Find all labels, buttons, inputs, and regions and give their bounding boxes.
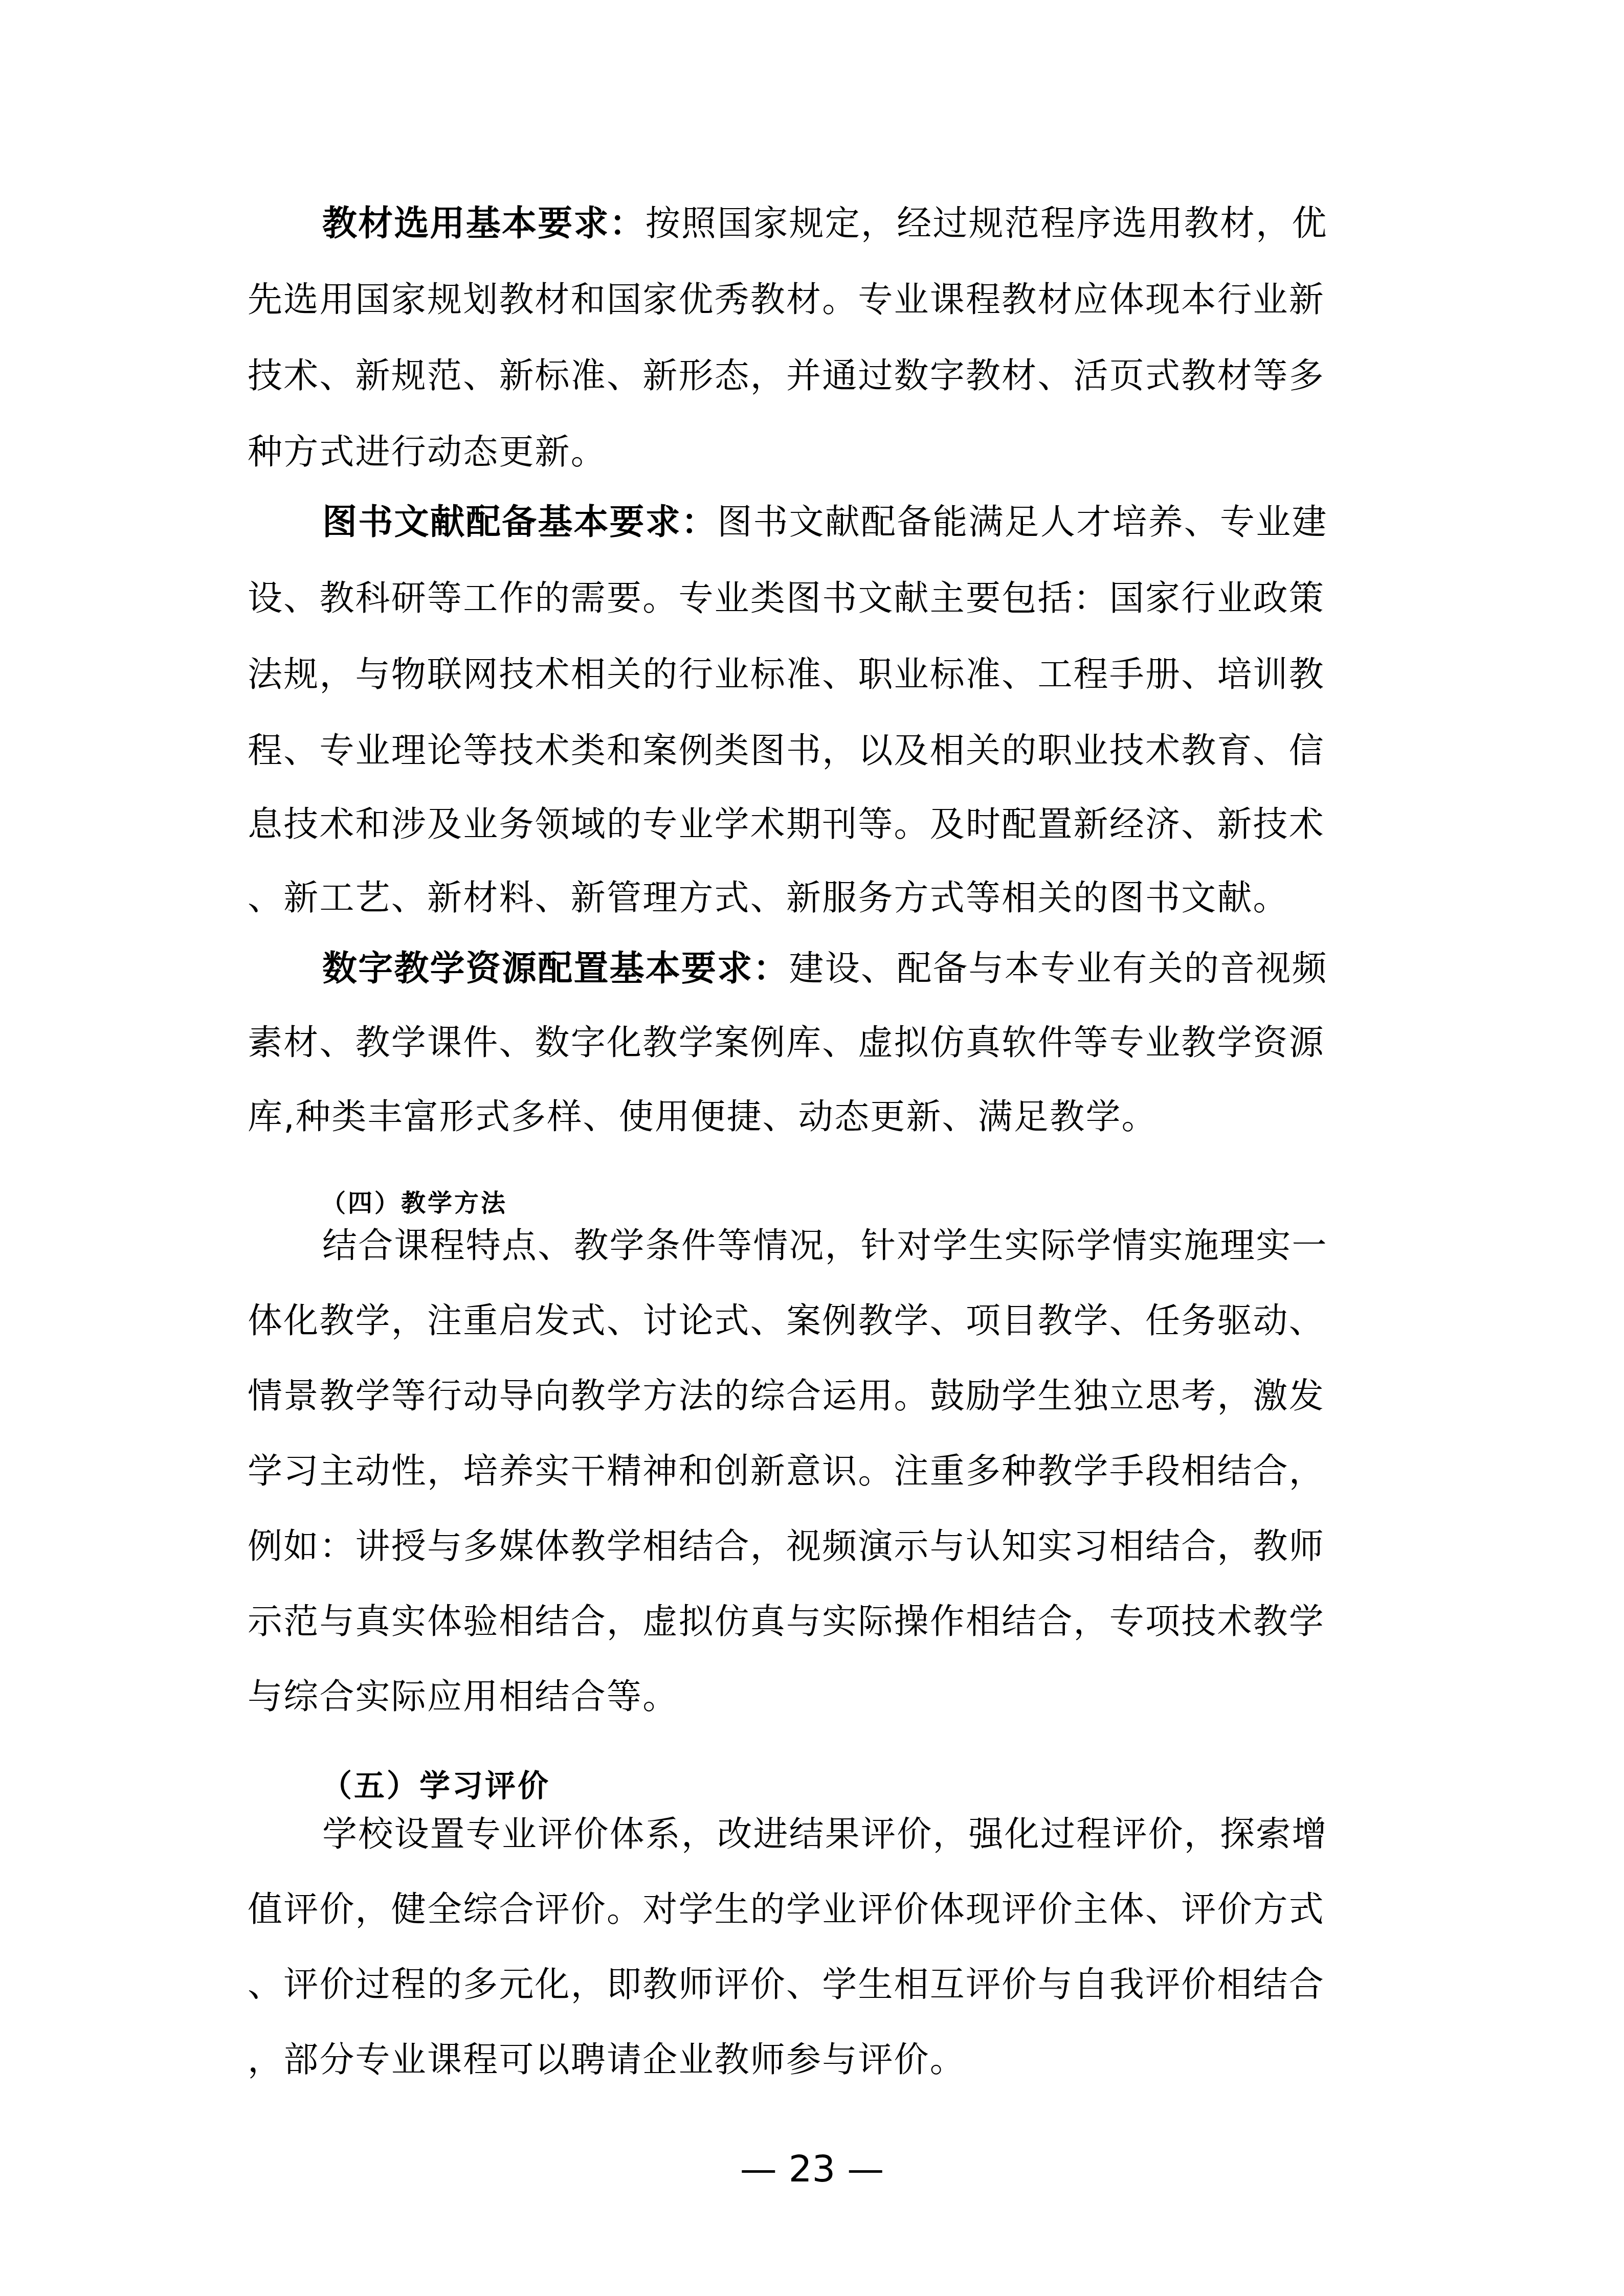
paragraph-methods-line-4: 学习主动性，培养实干精神和创新意识。注重多种教学手段相结合， bbox=[248, 1451, 1388, 1492]
paragraph-digital-lead: 数字教学资源配置基本要求： bbox=[322, 949, 789, 989]
paragraph-digital-line-3: 库,种类丰富形式多样、使用便捷、动态更新、满足教学。 bbox=[248, 1097, 1388, 1138]
paragraph-library-lead: 图书文献配备基本要求： bbox=[322, 502, 717, 543]
paragraph-methods-line-3: 情景教学等行动导向教学方法的综合运用。鼓励学生独立思考，激发 bbox=[248, 1376, 1388, 1417]
paragraph-methods-line-2: 体化教学，注重启发式、讨论式、案例教学、项目教学、任务驱动、 bbox=[248, 1301, 1388, 1342]
paragraph-digital-line-2: 素材、教学课件、数字化教学案例库、虚拟仿真软件等专业教学资源 bbox=[248, 1023, 1388, 1064]
paragraph-evaluation-line-4: ，部分专业课程可以聘请企业教师参与评价。 bbox=[248, 2040, 1388, 2081]
paragraph-library-line-3: 法规，与物联网技术相关的行业标准、职业标准、工程手册、培训教 bbox=[248, 655, 1388, 695]
paragraph-evaluation-line-3: 、评价过程的多元化，即教师评价、学生相互评价与自我评价相结合 bbox=[248, 1965, 1388, 2006]
paragraph-library-line-4: 程、专业理论等技术类和案例类图书，以及相关的职业技术教育、信 bbox=[248, 731, 1388, 772]
paragraph-textbook-line-4: 种方式进行动态更新。 bbox=[248, 432, 1388, 473]
paragraph-library-line-5: 息技术和涉及业务领域的专业学术期刊等。及时配置新经济、新技术 bbox=[248, 804, 1388, 845]
paragraph-evaluation-line-1: 学校设置专业评价体系，改进结果评价，强化过程评价，探索增 bbox=[322, 1814, 1388, 1855]
paragraph-digital-line-1: 数字教学资源配置基本要求：建设、配备与本专业有关的音视频 bbox=[322, 949, 1388, 989]
paragraph-methods-line-1: 结合课程特点、教学条件等情况，针对学生实际学情实施理实一 bbox=[322, 1226, 1388, 1267]
document-page: 教材选用基本要求：按照国家规定，经过规范程序选用教材，优 先选用国家规划教材和国… bbox=[0, 0, 1624, 2296]
paragraph-textbook-line-1: 教材选用基本要求：按照国家规定，经过规范程序选用教材，优 bbox=[322, 204, 1388, 244]
paragraph-evaluation-line-2: 值评价，健全综合评价。对学生的学业评价体现评价主体、评价方式 bbox=[248, 1889, 1388, 1930]
paragraph-library-line-6: 、新工艺、新材料、新管理方式、新服务方式等相关的图书文献。 bbox=[248, 878, 1388, 919]
paragraph-library-line-1: 图书文献配备基本要求：图书文献配备能满足人才培养、专业建 bbox=[322, 502, 1388, 543]
page-number: — 23 — bbox=[0, 2146, 1624, 2192]
section-heading-teaching-methods: （四）教学方法 bbox=[321, 1185, 507, 1221]
paragraph-methods-line-6: 示范与真实体验相结合，虚拟仿真与实际操作相结合，专项技术教学 bbox=[248, 1602, 1388, 1642]
paragraph-textbook-line-3: 技术、新规范、新标准、新形态，并通过数字教材、活页式教材等多 bbox=[248, 356, 1388, 397]
paragraph-library-line-2: 设、教科研等工作的需要。专业类图书文献主要包括：国家行业政策 bbox=[248, 578, 1388, 619]
paragraph-textbook-lead: 教材选用基本要求： bbox=[322, 204, 646, 244]
section-heading-learning-evaluation: （五）学习评价 bbox=[321, 1768, 550, 1804]
paragraph-textbook-line-2: 先选用国家规划教材和国家优秀教材。专业课程教材应体现本行业新 bbox=[248, 280, 1388, 321]
paragraph-methods-line-5: 例如：讲授与多媒体教学相结合，视频演示与认知实习相结合，教师 bbox=[248, 1526, 1388, 1567]
paragraph-methods-line-7: 与综合实际应用相结合等。 bbox=[248, 1677, 1388, 1718]
